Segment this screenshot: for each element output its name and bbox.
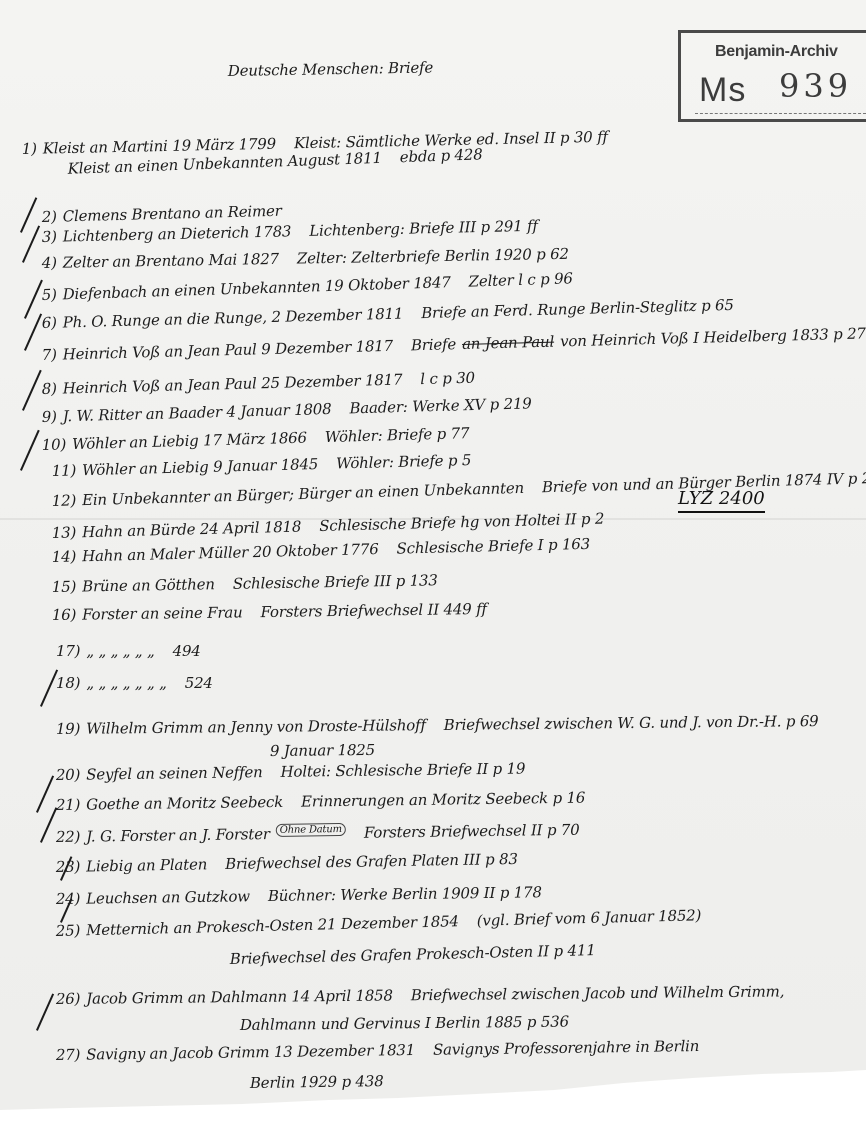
- entry-continuation: 9 Januar 1825: [270, 741, 375, 760]
- entry-number: 8): [42, 380, 57, 398]
- entry-number: 25): [56, 921, 81, 940]
- entry-number: 12): [51, 491, 76, 510]
- entry-source: l c p 30: [420, 369, 475, 388]
- entry-number: 7): [42, 346, 57, 364]
- entry-note: Ohne Datum: [276, 823, 346, 837]
- letter-entry: 18)„ „ „ „ „ „ „524: [56, 674, 213, 692]
- archive-stamp: Benjamin-Archiv Ms 939: [678, 30, 866, 122]
- entry-source: 524: [185, 674, 213, 692]
- manuscript-page: Benjamin-Archiv Ms 939 Deutsche Menschen…: [0, 0, 866, 1124]
- entry-source: Holtei: Schlesische Briefe II p 19: [280, 759, 525, 780]
- entry-source: Forsters Briefwechsel II 449 ff: [260, 600, 487, 621]
- stamp-archive-name: Benjamin-Archiv: [715, 43, 838, 61]
- entry-number: 26): [56, 990, 81, 1008]
- entry-correspondents: Goethe an Moritz Seebeck: [86, 793, 283, 814]
- entry-source: Wöhler: Briefe p 5: [336, 451, 472, 473]
- stamp-number: 939: [779, 67, 852, 105]
- entry-correspondents: „ „ „ „ „ „: [86, 642, 154, 660]
- entry-correspondents: J. G. Forster an J. Forster: [86, 825, 270, 846]
- entry-source: Schlesische Briefe III p 133: [233, 571, 438, 593]
- entry-number: 18): [56, 674, 80, 692]
- entry-correspondents: Liebig an Platen: [86, 855, 207, 875]
- entry-continuation: Berlin 1929 p 438: [250, 1072, 384, 1092]
- entry-number: 14): [52, 547, 77, 566]
- entry-source: Briefe: [411, 335, 457, 354]
- entry-number: 6): [42, 314, 57, 332]
- entry-number: 22): [56, 828, 81, 846]
- margin-note: LYZ 2400: [678, 488, 765, 513]
- entry-number: 13): [52, 523, 77, 542]
- entry-source: Savignys Professorenjahre in Berlin: [433, 1037, 699, 1059]
- entry-number: 17): [56, 642, 80, 660]
- letter-entry: 17)„ „ „ „ „ „494: [56, 642, 201, 660]
- entry-number: [61, 160, 62, 178]
- entry-correspondents: Seyfel an seinen Neffen: [86, 763, 263, 783]
- entry-number: 16): [52, 606, 77, 624]
- entry-number: 1): [22, 140, 37, 158]
- stamp-prefix: Ms: [699, 71, 746, 110]
- entry-source: Forsters Briefwechsel II p 70: [364, 821, 580, 842]
- entry-number: 3): [42, 228, 57, 246]
- entry-correspondents: Brüne an Götthen: [82, 575, 215, 595]
- entry-number: 19): [56, 720, 81, 738]
- entry-number: 15): [52, 578, 77, 596]
- entry-number: 2): [42, 208, 57, 226]
- entry-number: 4): [42, 254, 57, 272]
- entry-source: ebda p 428: [399, 145, 482, 166]
- entry-correspondents: Forster an seine Frau: [82, 603, 243, 623]
- entry-correspondents: Jacob Grimm an Dahlmann 14 April 1858: [86, 986, 393, 1007]
- entry-correspondents: Zelter an Brentano Mai 1827: [63, 250, 279, 272]
- entry-continuation: Dahlmann und Gervinus I Berlin 1885 p 53…: [240, 1013, 569, 1034]
- entry-source: 494: [173, 642, 201, 660]
- stamp-dotted-line: [695, 113, 866, 114]
- entry-number: 21): [56, 796, 81, 814]
- entry-correspondents: Leuchsen an Gutzkow: [86, 887, 250, 907]
- entry-number: 20): [56, 766, 81, 784]
- struck-text: an Jean Paul: [462, 333, 555, 353]
- entry-number: 10): [41, 435, 66, 454]
- entry-correspondents: Wilhelm Grimm an Jenny von Droste-Hülsho…: [86, 716, 426, 738]
- document-title: Deutsche Menschen: Briefe: [228, 58, 434, 80]
- entry-number: 9): [41, 408, 56, 426]
- entry-source: Zelter l c p 96: [468, 269, 573, 290]
- entry-number: 11): [52, 461, 77, 480]
- entry-number: 27): [56, 1046, 81, 1064]
- entry-number: 5): [41, 286, 57, 304]
- entry-correspondents: „ „ „ „ „ „ „: [86, 674, 166, 692]
- entry-source: Büchner: Werke Berlin 1909 II p 178: [268, 883, 542, 905]
